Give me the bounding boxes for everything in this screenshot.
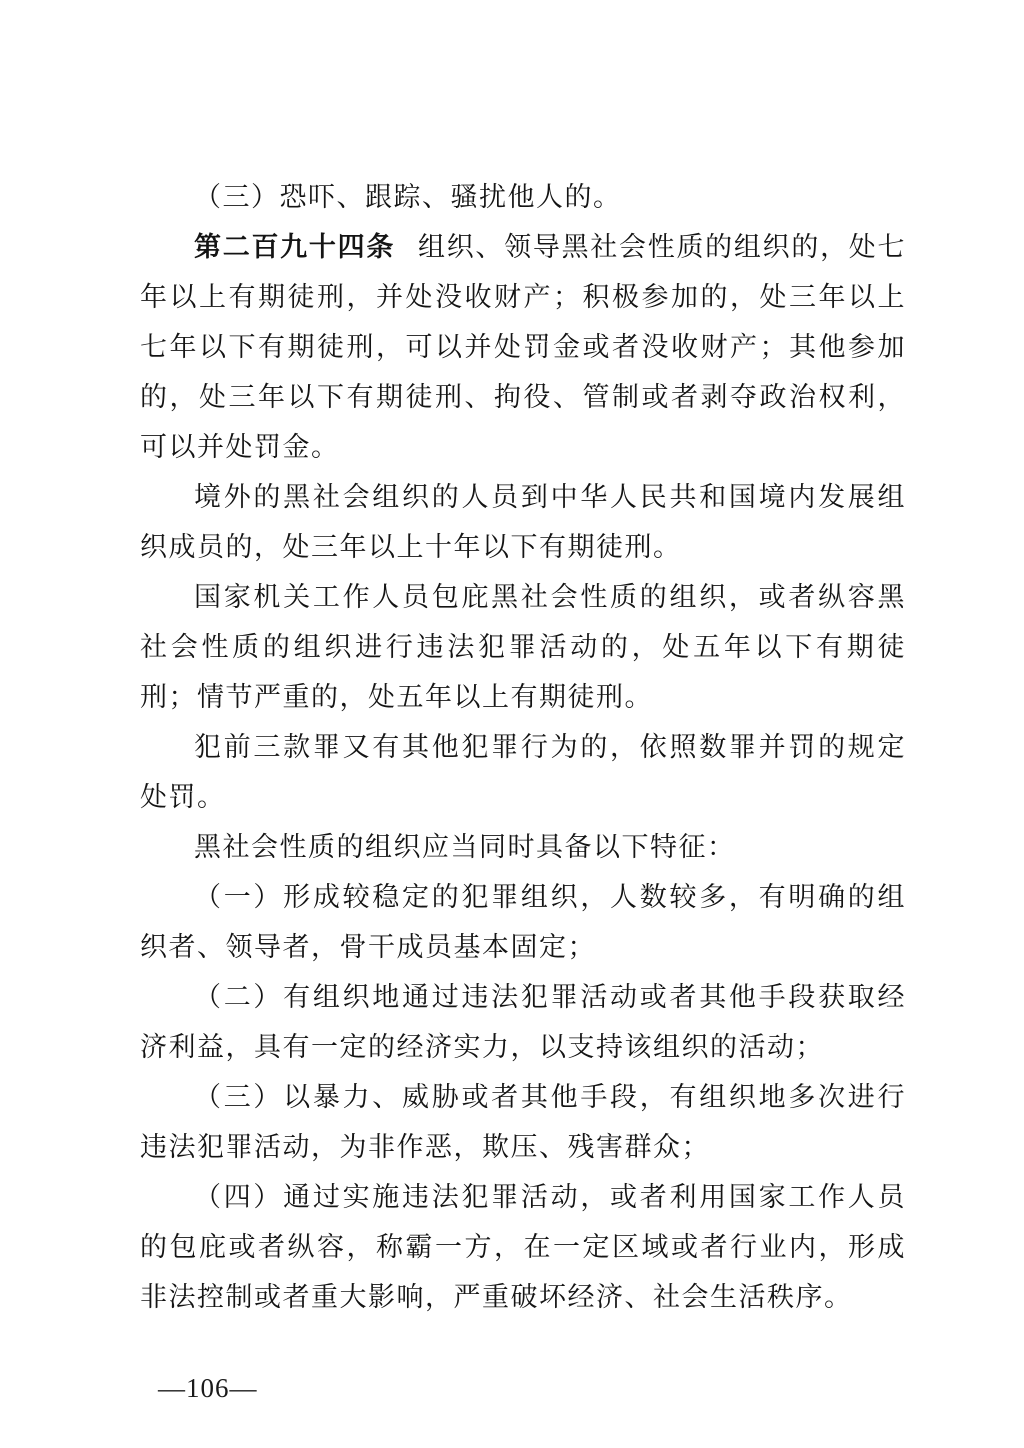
article-number: 第二百九十四条 (194, 232, 395, 262)
paragraph: 第二百九十四条组织、领导黑社会性质的组织的，处七年以上有期徒刑，并处没收财产；积… (140, 222, 906, 472)
paragraph: （三）恐吓、跟踪、骚扰他人的。 (140, 172, 906, 222)
paragraph: 犯前三款罪又有其他犯罪行为的，依照数罪并罚的规定处罚。 (140, 722, 906, 822)
paragraph: （三）以暴力、威胁或者其他手段，有组织地多次进行违法犯罪活动，为非作恶，欺压、残… (140, 1072, 906, 1172)
paragraph: 国家机关工作人员包庇黑社会性质的组织，或者纵容黑社会性质的组织进行违法犯罪活动的… (140, 572, 906, 722)
paragraph: 黑社会性质的组织应当同时具备以下特征： (140, 822, 906, 872)
page-number: —106— (158, 1368, 258, 1408)
paragraph: 境外的黑社会组织的人员到中华人民共和国境内发展组织成员的，处三年以上十年以下有期… (140, 472, 906, 572)
document-page: （三）恐吓、跟踪、骚扰他人的。第二百九十四条组织、领导黑社会性质的组织的，处七年… (0, 0, 1024, 1448)
paragraph: （四）通过实施违法犯罪活动，或者利用国家工作人员的包庇或者纵容，称霸一方，在一定… (140, 1172, 906, 1322)
paragraph: （一）形成较稳定的犯罪组织，人数较多，有明确的组织者、领导者，骨干成员基本固定； (140, 872, 906, 972)
document-body: （三）恐吓、跟踪、骚扰他人的。第二百九十四条组织、领导黑社会性质的组织的，处七年… (140, 172, 906, 1322)
paragraph: （二）有组织地通过违法犯罪活动或者其他手段获取经济利益，具有一定的经济实力，以支… (140, 972, 906, 1072)
